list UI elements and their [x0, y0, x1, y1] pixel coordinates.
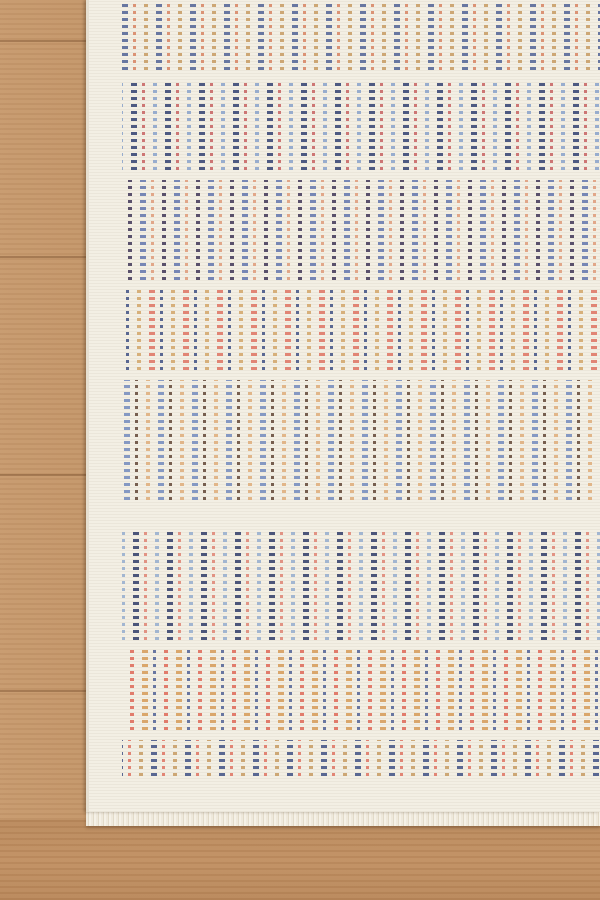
plank-seam	[0, 474, 90, 476]
plank-seam	[0, 40, 90, 42]
rug-pattern-band	[122, 290, 600, 370]
rug-pattern-band	[122, 380, 600, 500]
rug-pattern-band	[122, 530, 600, 640]
rug-pattern-band	[122, 180, 600, 280]
rug-pattern-field	[122, 0, 600, 778]
plank-seam	[0, 256, 90, 258]
plank-seam	[0, 690, 90, 692]
rug-pattern-band	[122, 0, 600, 70]
rug-pattern-band	[122, 80, 600, 170]
wood-floor-bottom	[0, 820, 600, 900]
rug-pattern-band	[122, 740, 600, 776]
rug-pattern-band	[122, 650, 600, 730]
